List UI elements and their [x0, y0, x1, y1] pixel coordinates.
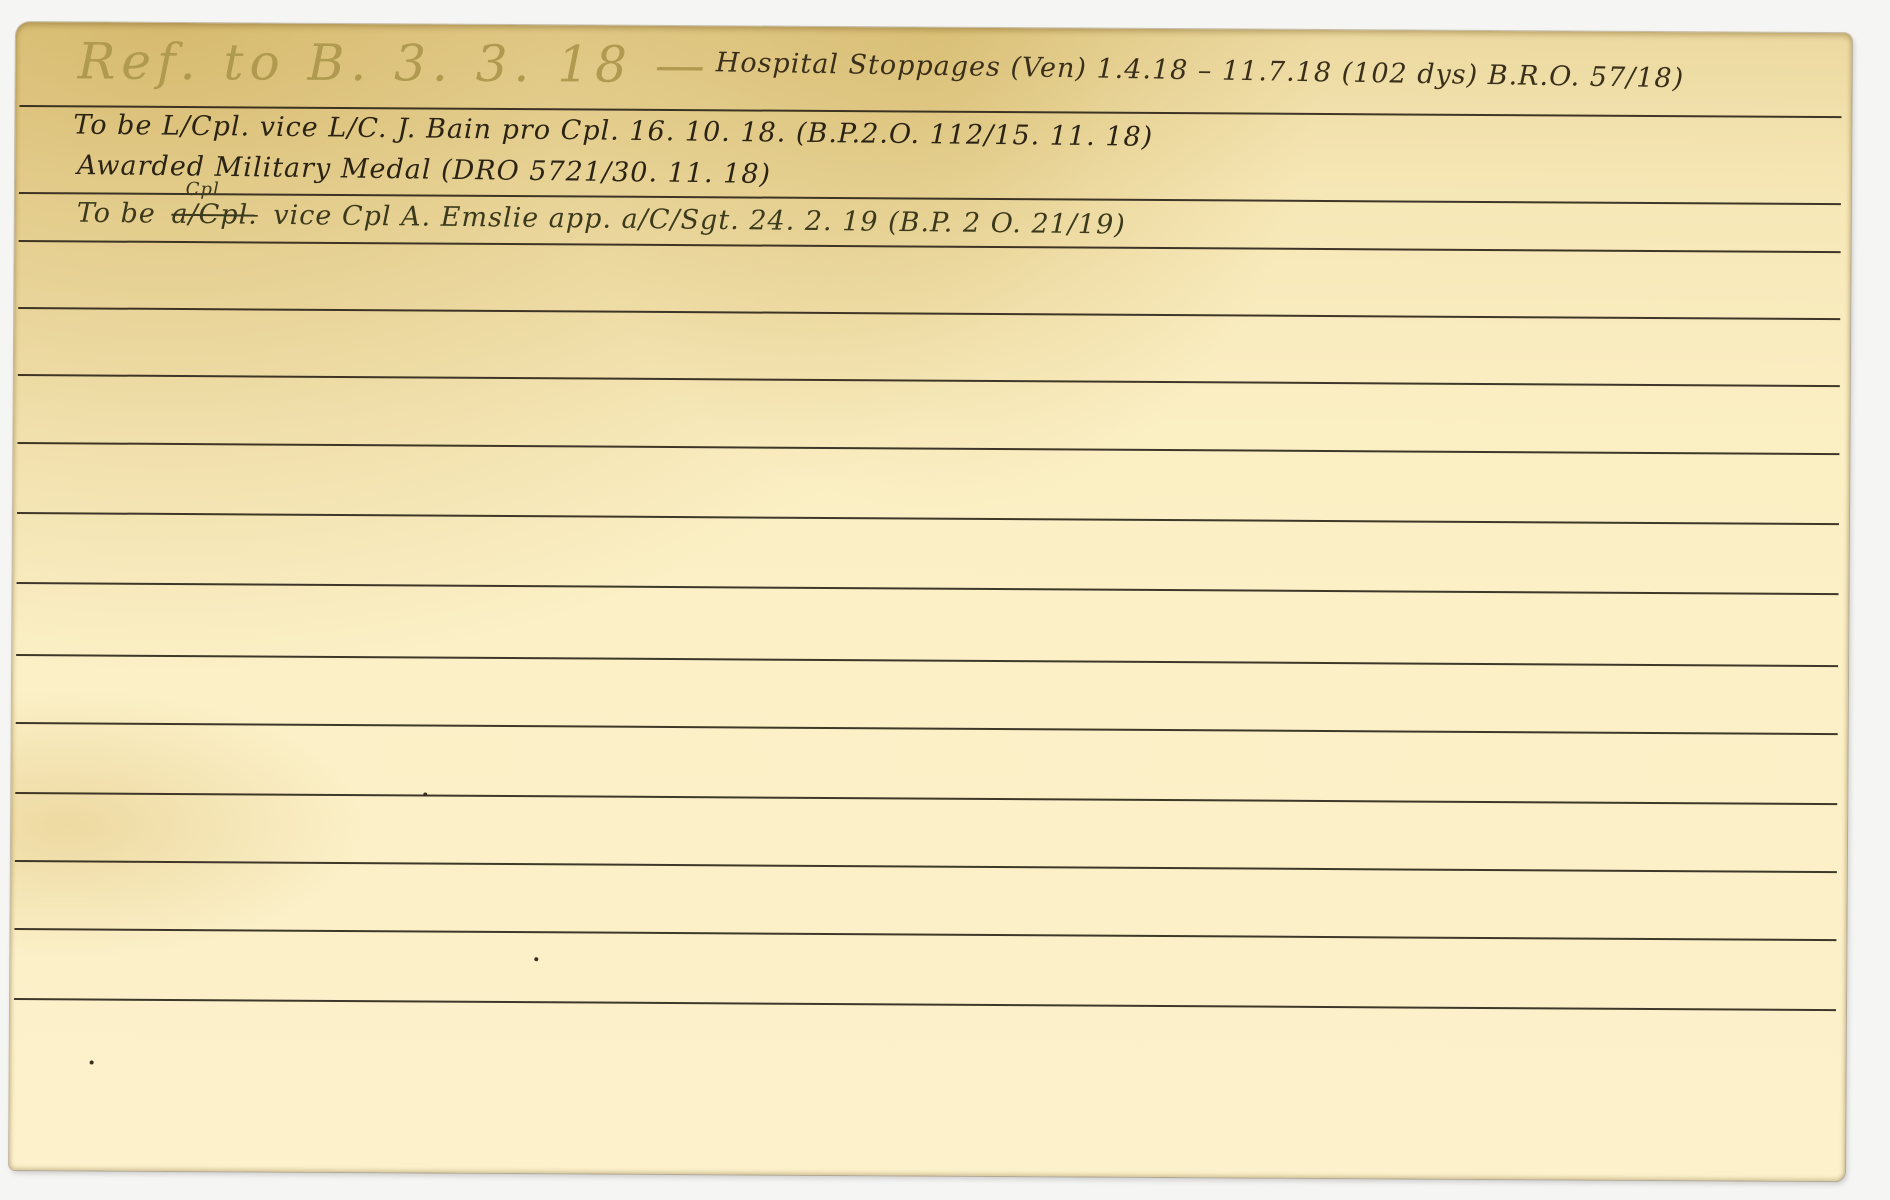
entry-promotion-cpl: To be Cpl a/Cpl. vice Cpl A. Emslie app.…	[77, 198, 1126, 241]
ink-speck	[423, 793, 427, 797]
ruled-line	[18, 307, 1840, 320]
ruled-line	[14, 998, 1836, 1011]
faded-reference-note: Ref. to B. 3. 3. 18 —	[78, 32, 711, 94]
ink-speck	[90, 1060, 94, 1064]
ruled-line	[17, 512, 1839, 525]
entry-military-medal: Awarded Military Medal (DRO 5721/30. 11.…	[77, 150, 771, 190]
ruled-line	[15, 860, 1837, 873]
index-card: Ref. to B. 3. 3. 18 — Hospital Stoppages…	[9, 22, 1852, 1181]
ruled-line	[14, 928, 1836, 941]
struck-rank: a/Cpl.	[171, 199, 258, 231]
ruled-line	[15, 792, 1837, 805]
hospital-stoppages-note: Hospital Stoppages (Ven) 1.4.18 – 11.7.1…	[716, 47, 1685, 94]
scan-background: Ref. to B. 3. 3. 18 — Hospital Stoppages…	[0, 0, 1890, 1200]
entry-promotion-lcpl: To be L/Cpl. vice L/C. J. Bain pro Cpl. …	[73, 110, 1153, 153]
ruled-line	[17, 582, 1839, 595]
ruled-line	[17, 442, 1839, 455]
entry-prefix: To be	[77, 198, 156, 230]
superscript-correction: Cpl	[186, 179, 220, 200]
ruled-line	[19, 240, 1841, 253]
entry-text: vice Cpl A. Emslie app. a/C/Sgt. 24. 2. …	[273, 200, 1126, 241]
ruled-line	[18, 374, 1840, 387]
ruled-line	[16, 654, 1838, 667]
ink-speck	[534, 957, 538, 961]
ruled-line	[16, 722, 1838, 735]
